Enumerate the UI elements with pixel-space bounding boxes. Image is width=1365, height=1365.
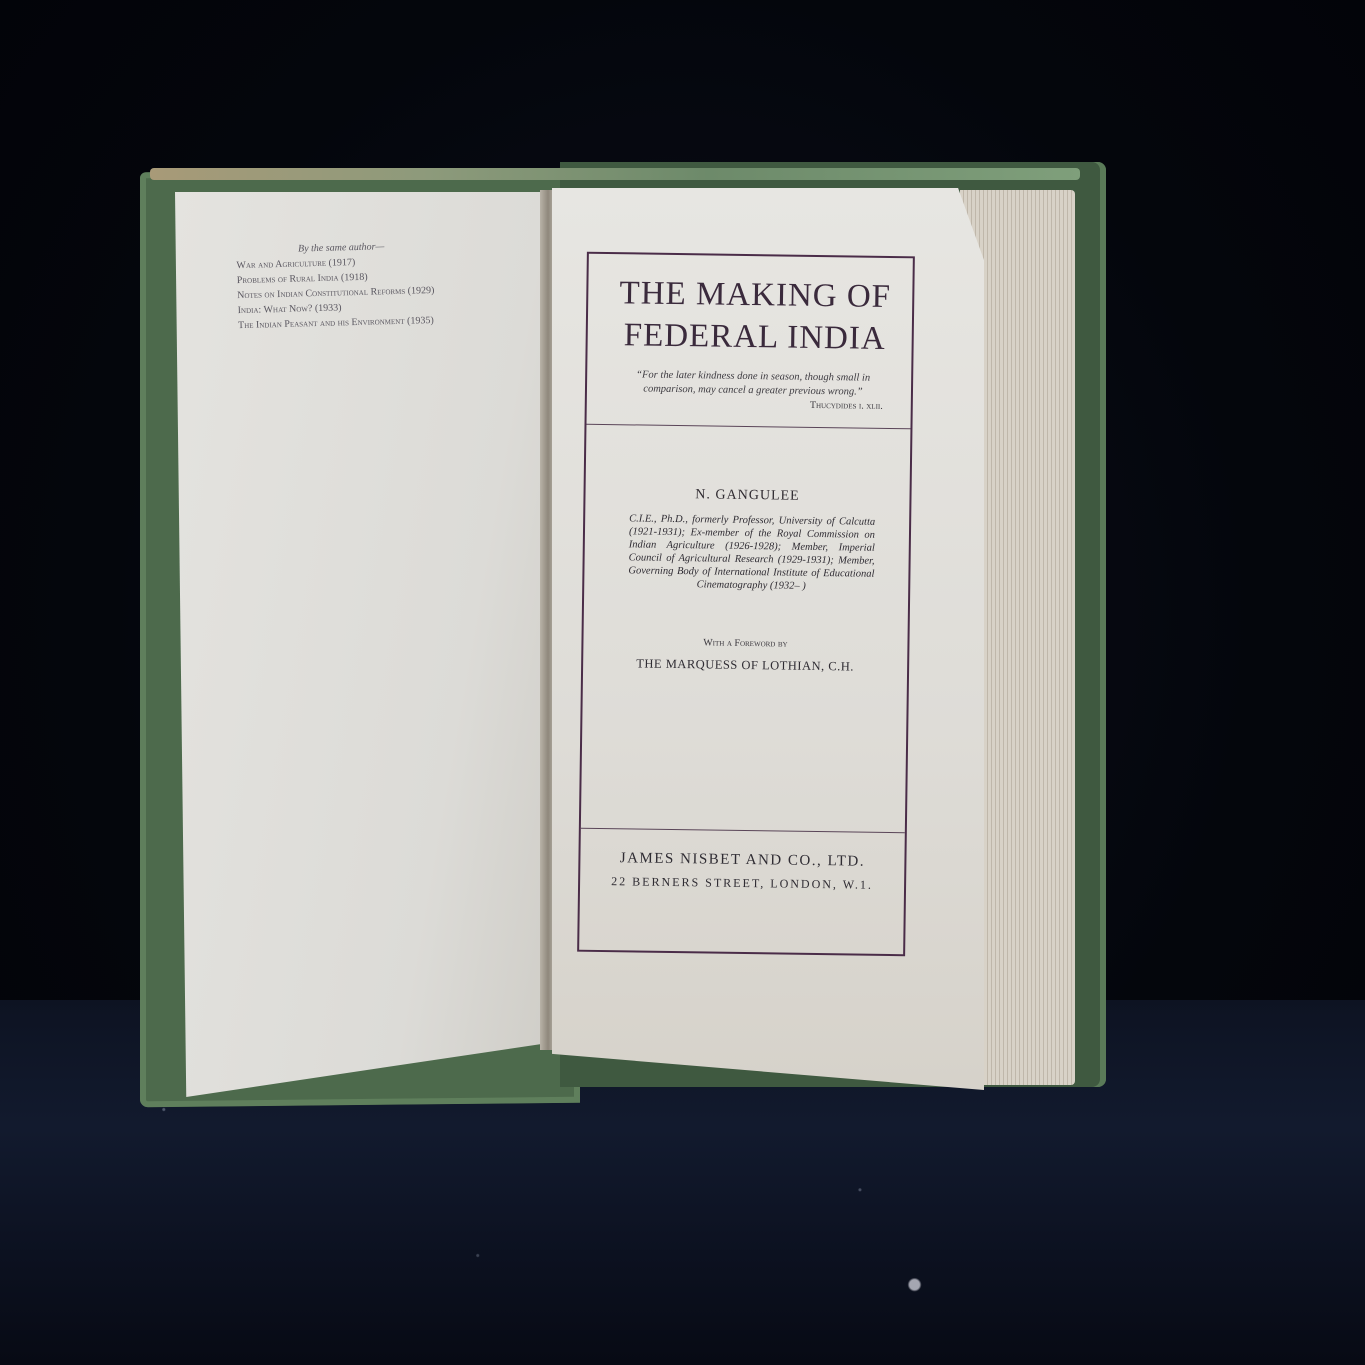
- frayed-spine-edge: [150, 168, 1080, 180]
- publisher-address: 22 BERNERS STREET, LONDON, W.1.: [580, 874, 904, 894]
- divider-rule: [581, 828, 905, 834]
- book-title: THE MAKING OF FEDERAL INDIA: [609, 272, 900, 360]
- divider-rule: [586, 424, 910, 430]
- endpaper-page: By the same author— War and Agriculture …: [175, 192, 550, 1097]
- epigraph-source: Thucydides i. xlii.: [623, 396, 883, 414]
- epigraph-text: “For the later kindness done in season, …: [636, 369, 870, 397]
- title-line-2: FEDERAL INDIA: [609, 314, 900, 360]
- foreword-label: With a Foreword by: [583, 636, 907, 652]
- title-page: THE MAKING OF FEDERAL INDIA “For the lat…: [552, 188, 984, 1090]
- foreword-author: THE MARQUESS OF LOTHIAN, C.H.: [583, 656, 907, 676]
- title-frame: THE MAKING OF FEDERAL INDIA “For the lat…: [577, 252, 915, 957]
- publisher-name: JAMES NISBET AND CO., LTD.: [580, 850, 904, 872]
- author-credentials: C.I.E., Ph.D., formerly Professor, Unive…: [628, 512, 875, 593]
- also-by-list: By the same author— War and Agriculture …: [236, 237, 478, 333]
- title-line-1: THE MAKING OF: [610, 272, 901, 318]
- epigraph: “For the later kindness done in season, …: [623, 368, 884, 414]
- author-name: N. GANGULEE: [585, 486, 909, 507]
